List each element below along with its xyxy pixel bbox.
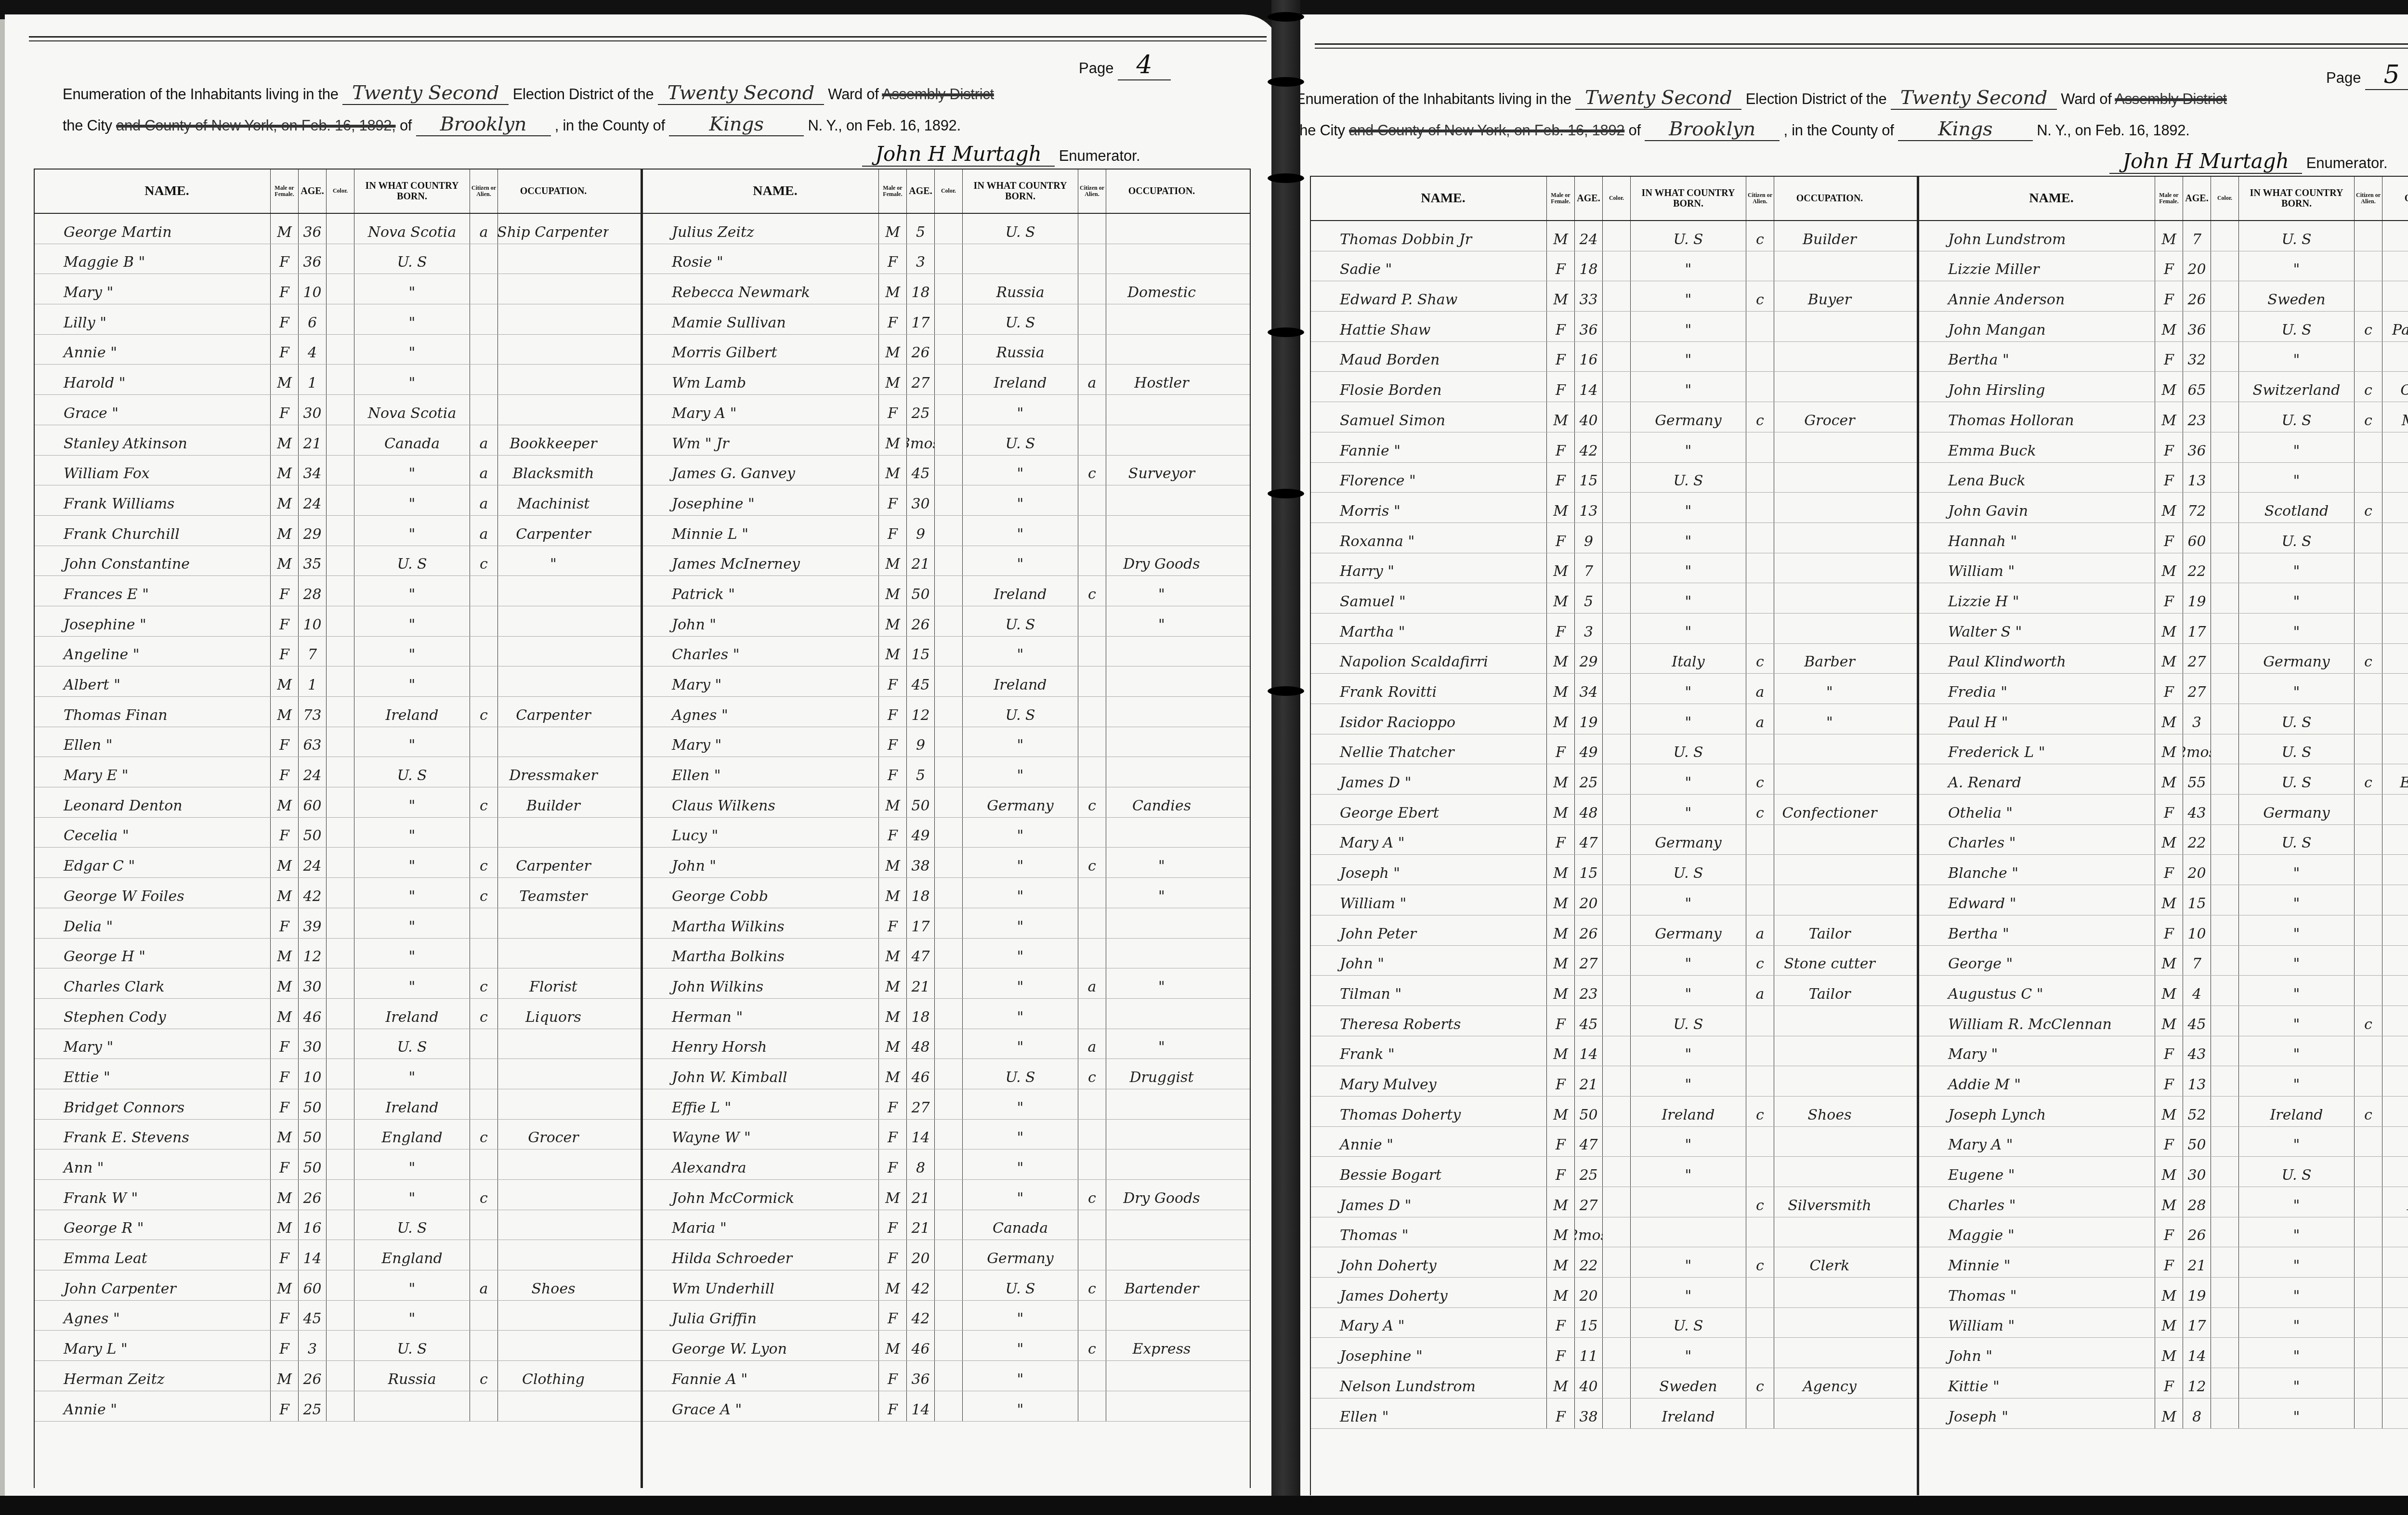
cell-color	[935, 1059, 963, 1089]
cell-age: 40	[1575, 1368, 1603, 1398]
cell-sex: F	[2155, 1127, 2183, 1157]
cell-occ: Clothing	[498, 1361, 609, 1391]
cell-occ	[1106, 637, 1217, 666]
cell-cit: a	[1746, 704, 1774, 734]
table-row: Martha "F3"	[1311, 614, 1918, 644]
cell-occ	[1106, 908, 1217, 938]
cell-cit	[2355, 704, 2382, 734]
table-row: Fredia "F27"	[1919, 674, 2408, 704]
cell-age: 60	[299, 787, 327, 817]
cell-occ	[2382, 553, 2408, 583]
cell-color	[1603, 1097, 1631, 1126]
cell-sex: M	[1547, 976, 1575, 1006]
table-row: Bessie BogartF25"	[1311, 1157, 1918, 1187]
cell-age: 19	[2183, 583, 2211, 613]
cell-age: 27	[907, 1089, 935, 1119]
cell-country: "	[963, 1029, 1078, 1059]
cell-sex: F	[879, 1089, 907, 1119]
cell-occ: Carpenter	[498, 697, 609, 727]
cell-age: 21	[907, 546, 935, 576]
cell-cit	[2355, 251, 2382, 281]
table-row: Ellen "F5"	[643, 757, 1250, 787]
cell-age: 22	[1575, 1247, 1603, 1277]
cell-cit	[1078, 939, 1106, 968]
cell-country: "	[354, 939, 470, 968]
cell-age: 21	[2183, 1247, 2211, 1277]
cell-occ	[498, 395, 609, 425]
cell-name: Frank W "	[35, 1180, 271, 1210]
cell-sex: M	[879, 999, 907, 1029]
cell-age: 45	[1575, 1006, 1603, 1036]
cell-color	[935, 697, 963, 727]
table-row: William "M22"	[1919, 553, 2408, 584]
cell-sex: F	[2155, 523, 2183, 553]
table-block-a: NAME. Male or Female. AGE. Color. IN WHA…	[1310, 176, 1919, 1495]
cell-name: Othelia "	[1919, 795, 2155, 824]
cell-country: "	[963, 1331, 1078, 1360]
header-text: of	[400, 117, 412, 134]
cell-age: 15	[1575, 1308, 1603, 1338]
cell-sex: M	[271, 1210, 299, 1240]
cell-color	[935, 727, 963, 757]
cell-age: 26	[907, 606, 935, 636]
cell-age: 8	[907, 1149, 935, 1179]
binding-stitch	[1268, 489, 1304, 498]
cell-age: 48	[907, 1029, 935, 1059]
cell-name: Martha Bolkins	[643, 939, 879, 968]
table-row: Charles "M22U. SClerk	[1919, 825, 2408, 855]
cell-country: U. S	[2239, 221, 2355, 251]
census-ledger-spread: Page 4 Enumeration of the Inhabitants li…	[0, 0, 2408, 1515]
struck-text: and County of New York, on Feb. 16, 1892…	[116, 117, 396, 134]
cell-cit: a	[1078, 365, 1106, 394]
cell-occ	[1774, 764, 1885, 794]
cell-name: Ann "	[35, 1149, 271, 1179]
cell-age: 65	[2183, 372, 2211, 402]
cell-name: Augustus C "	[1919, 976, 2155, 1006]
cell-sex: M	[2155, 312, 2183, 341]
cell-name: Patrick "	[643, 576, 879, 606]
cell-age: 1	[299, 365, 327, 394]
cell-sex: M	[879, 365, 907, 394]
cell-country: U. S	[2239, 523, 2355, 553]
cell-occ	[498, 244, 609, 274]
cell-color	[935, 939, 963, 968]
cell-age: 21	[907, 1210, 935, 1240]
header-text: Election District of the	[1746, 91, 1887, 107]
cell-name: Roxanna "	[1311, 523, 1547, 553]
cell-occ: Ship Carpenter	[498, 214, 609, 244]
cell-cit	[1746, 342, 1774, 372]
cell-country: "	[354, 456, 470, 485]
cell-age: 10	[299, 274, 327, 304]
cell-age: 45	[907, 666, 935, 696]
cell-country: U. S	[963, 214, 1078, 244]
cell-country: "	[2239, 946, 2355, 976]
cell-cit	[1746, 825, 1774, 855]
cell-cit	[2355, 674, 2382, 704]
cell-sex: M	[879, 274, 907, 304]
cell-sex: F	[2155, 1066, 2183, 1096]
cell-age: 25	[1575, 764, 1603, 794]
cell-occ	[1774, 553, 1885, 583]
cell-sex: M	[271, 666, 299, 696]
cell-sex: F	[271, 1149, 299, 1179]
cell-cit	[1078, 757, 1106, 787]
cell-cit: c	[470, 546, 498, 576]
cell-sex: M	[879, 787, 907, 817]
cell-color	[1603, 1066, 1631, 1096]
cell-occ	[2382, 855, 2408, 885]
cell-age: 3mos	[907, 425, 935, 455]
cell-name: Walter S "	[1919, 614, 2155, 643]
cell-sex: M	[1547, 583, 1575, 613]
cell-occ: "	[1106, 606, 1217, 636]
cell-occ: Carpenter	[2382, 372, 2408, 402]
cell-name: Lucy "	[643, 818, 879, 848]
cell-color	[1603, 553, 1631, 583]
table-row: John ManganM36U. ScPaper cutter	[1919, 312, 2408, 342]
header-text: of	[1629, 122, 1641, 139]
cell-occ	[2382, 976, 2408, 1006]
cell-country: "	[1631, 704, 1746, 734]
table-row: Bertha "F10"	[1919, 915, 2408, 946]
cell-country: "	[354, 1180, 470, 1210]
cell-sex: M	[879, 1029, 907, 1059]
col-name: NAME.	[1919, 177, 2155, 220]
cell-country: "	[2239, 1127, 2355, 1157]
enumerator-signature: John H Murtagh Enumerator.	[862, 142, 1140, 167]
cell-name: John Doherty	[1311, 1247, 1547, 1277]
cell-occ: Paper cutter	[2382, 312, 2408, 341]
cell-cit: c	[470, 1120, 498, 1149]
table-header: NAME. Male or Female. AGE. Color. IN WHA…	[35, 169, 641, 214]
cell-occ	[498, 1029, 609, 1059]
cell-age: 26	[907, 335, 935, 365]
cell-country: "	[963, 456, 1078, 485]
table-body: Julius ZeitzM5U. SRosie "F3Rebecca Newma…	[643, 214, 1250, 1422]
cell-age: 46	[907, 1331, 935, 1360]
cell-country: "	[354, 908, 470, 938]
cell-sex: F	[271, 244, 299, 274]
cell-country: U. S	[1631, 855, 1746, 885]
cell-color	[2211, 946, 2239, 976]
cell-country: "	[963, 908, 1078, 938]
cell-country: "	[963, 637, 1078, 666]
cell-age: 4	[2183, 976, 2211, 1006]
table-row: Stephen CodyM46IrelandcLiquors	[35, 999, 641, 1029]
cell-age: 28	[299, 576, 327, 606]
cell-name: Charles "	[1919, 825, 2155, 855]
cell-country: U. S	[1631, 1308, 1746, 1338]
cell-name: Blanche "	[1919, 855, 2155, 885]
cell-name: Frederick L "	[1919, 734, 2155, 764]
col-citizen: Citizen or Alien.	[1078, 170, 1106, 213]
cell-country: "	[354, 666, 470, 696]
cell-cit	[1746, 1308, 1774, 1338]
cell-age: 12	[907, 697, 935, 727]
cell-country: Germany	[2239, 795, 2355, 824]
cell-color	[1603, 976, 1631, 1006]
cell-name: James McInerney	[643, 546, 879, 576]
cell-sex: F	[879, 1301, 907, 1331]
cell-occ: "	[1106, 968, 1217, 998]
cell-cit	[470, 637, 498, 666]
cell-color	[2211, 795, 2239, 824]
header-rule	[1315, 43, 2408, 49]
cell-occ	[1774, 1338, 1885, 1368]
cell-age: 23	[2183, 402, 2211, 432]
cell-name: Mary Mulvey	[1311, 1066, 1547, 1096]
cell-color	[327, 637, 354, 666]
cell-color	[327, 697, 354, 727]
cell-country	[963, 244, 1078, 274]
cell-sex: F	[1547, 1127, 1575, 1157]
cell-name: Julius Zeitz	[643, 214, 879, 244]
cell-sex: F	[879, 818, 907, 848]
table-row: Hannah "F60U. S	[1919, 523, 2408, 553]
cell-name: Joseph "	[1919, 1398, 2155, 1428]
cell-occ	[1774, 885, 1885, 915]
cell-name: Grace "	[35, 395, 271, 425]
cell-cit	[2355, 1338, 2382, 1368]
cell-occ	[1106, 214, 1217, 244]
cell-name: John Hirsling	[1919, 372, 2155, 402]
cell-age: 34	[299, 456, 327, 485]
cell-occ	[2382, 795, 2408, 824]
cell-color	[935, 1331, 963, 1360]
table-row: Annie AndersonF26Sweden	[1919, 281, 2408, 312]
cell-sex: M	[2155, 1157, 2183, 1187]
cell-cit	[2355, 1247, 2382, 1277]
cell-name: Bessie Bogart	[1311, 1157, 1547, 1187]
cell-color	[2211, 915, 2239, 945]
cell-color	[327, 1331, 354, 1360]
cell-sex: F	[271, 1029, 299, 1059]
table-row: William R. McClennanM45"cCoal	[1919, 1006, 2408, 1036]
cell-sex: M	[1547, 493, 1575, 522]
cell-country: "	[354, 516, 470, 546]
cell-country: U. S	[2239, 312, 2355, 341]
cell-sex: F	[1547, 251, 1575, 281]
cell-name: Mary "	[35, 1029, 271, 1059]
cell-color	[2211, 644, 2239, 674]
cell-name: Bridget Connors	[35, 1089, 271, 1119]
cell-cit	[2355, 915, 2382, 945]
cell-color	[327, 516, 354, 546]
cell-color	[2211, 281, 2239, 311]
table-row: Minnie L "F9"	[643, 516, 1250, 546]
cell-cit	[1078, 546, 1106, 576]
cell-cit: a	[470, 1270, 498, 1300]
cell-sex: F	[271, 727, 299, 757]
cell-age: 18	[907, 274, 935, 304]
cell-name: Rebecca Newmark	[643, 274, 879, 304]
col-sex: Male or Female.	[879, 170, 907, 213]
cell-country: "	[1631, 614, 1746, 643]
cell-color	[2211, 1006, 2239, 1036]
cell-country: "	[354, 878, 470, 908]
table-row: Joseph LynchM52IrelandcButcher	[1919, 1097, 2408, 1127]
cell-country: "	[1631, 312, 1746, 341]
cell-country: "	[354, 727, 470, 757]
cell-name: John Carpenter	[35, 1270, 271, 1300]
cell-country: "	[1631, 251, 1746, 281]
cell-age: 50	[907, 787, 935, 817]
cell-age: 50	[299, 1089, 327, 1119]
cell-cit	[1078, 274, 1106, 304]
cell-sex: M	[2155, 1338, 2183, 1368]
table-row: Maggie B "F36U. S	[35, 244, 641, 274]
cell-color	[1603, 221, 1631, 251]
cell-name: Martha "	[1311, 614, 1547, 643]
cell-sex: M	[879, 848, 907, 877]
cell-country: Nova Scotia	[354, 395, 470, 425]
cell-sex: M	[1547, 281, 1575, 311]
cell-color	[1603, 674, 1631, 704]
cell-cit	[1746, 1036, 1774, 1066]
cell-country: U. S	[354, 1210, 470, 1240]
table-row: Thomas "M19"	[1919, 1278, 2408, 1308]
cell-name: Mary "	[1919, 1036, 2155, 1066]
cell-sex: F	[1547, 463, 1575, 493]
cell-name: Frank Churchill	[35, 516, 271, 546]
table-block-b: NAME. Male or Female. AGE. Color. IN WHA…	[641, 169, 1251, 1488]
cell-country: "	[2239, 463, 2355, 493]
col-occupation: OCCUPATION.	[498, 170, 609, 213]
table-row: A. RenardM55U. ScEmbalmer	[1919, 764, 2408, 795]
cell-name: Paul Klindworth	[1919, 644, 2155, 674]
cell-sex: M	[2155, 1006, 2183, 1036]
cell-color	[935, 304, 963, 334]
cell-name: John "	[1919, 1338, 2155, 1368]
table-row: Josephine "F10"	[35, 606, 641, 637]
cell-sex: F	[879, 757, 907, 787]
cell-cit	[470, 274, 498, 304]
cell-occ	[2382, 614, 2408, 643]
table-row: Isidor RacioppoM19"a"	[1311, 704, 1918, 734]
cell-name: Effie L "	[643, 1089, 879, 1119]
cell-color	[327, 606, 354, 636]
cell-color	[327, 365, 354, 394]
cell-occ	[2382, 583, 2408, 613]
cell-sex: M	[2155, 221, 2183, 251]
cell-cit	[1746, 614, 1774, 643]
cell-color	[935, 274, 963, 304]
cell-color	[1603, 1368, 1631, 1398]
cell-age: 50	[299, 1120, 327, 1149]
cell-occ	[1106, 666, 1217, 696]
cell-occ	[1774, 855, 1885, 885]
cell-sex: F	[879, 1361, 907, 1391]
cell-occ	[498, 606, 609, 636]
cell-cit	[470, 1089, 498, 1119]
cell-color	[1603, 583, 1631, 613]
cell-occ	[2382, 674, 2408, 704]
cell-name: Charles Clark	[35, 968, 271, 998]
cell-name: William "	[1919, 553, 2155, 583]
cell-name: Sadie "	[1311, 251, 1547, 281]
cell-name: Delia "	[35, 908, 271, 938]
cell-cit	[2355, 1398, 2382, 1428]
cell-country: Germany	[1631, 915, 1746, 945]
table-row: Mary A "F25"	[643, 395, 1250, 425]
cell-cit	[1746, 1127, 1774, 1157]
cell-age: 10	[299, 1059, 327, 1089]
cell-sex: F	[271, 576, 299, 606]
page-number: Page 5	[2326, 60, 2408, 90]
cell-cit	[470, 1059, 498, 1089]
cell-age: 27	[1575, 1187, 1603, 1217]
cell-name: John "	[643, 848, 879, 877]
cell-name: Mary L "	[35, 1331, 271, 1360]
cell-sex: M	[2155, 825, 2183, 855]
cell-cit: c	[2355, 1006, 2382, 1036]
cell-name: Henry Horsh	[643, 1029, 879, 1059]
cell-name: Agnes "	[35, 1301, 271, 1331]
cell-color	[327, 908, 354, 938]
col-citizen: Citizen or Alien.	[470, 170, 498, 213]
cell-color	[935, 214, 963, 244]
cell-age: 45	[299, 1301, 327, 1331]
cell-name: Hannah "	[1919, 523, 2155, 553]
cell-country: "	[2239, 1398, 2355, 1428]
cell-name: Herman "	[643, 999, 879, 1029]
cell-cit	[1746, 432, 1774, 462]
cell-occ: Hostler	[1106, 365, 1217, 394]
cell-cit	[1746, 251, 1774, 281]
cell-color	[935, 456, 963, 485]
cell-color	[2211, 523, 2239, 553]
table-row: Mamie SullivanF17U. S	[643, 304, 1250, 335]
cell-color	[2211, 825, 2239, 855]
cell-sex: F	[1547, 1157, 1575, 1187]
col-color: Color.	[1603, 177, 1631, 220]
cell-country: Germany	[963, 787, 1078, 817]
cell-color	[327, 999, 354, 1029]
cell-color	[935, 848, 963, 877]
table-row: Herman "M18"	[643, 999, 1250, 1029]
cell-cit	[2355, 946, 2382, 976]
cell-age: 17	[2183, 614, 2211, 643]
cell-name: Isidor Racioppo	[1311, 704, 1547, 734]
cell-country: Ireland	[354, 1089, 470, 1119]
cell-name: Flosie Borden	[1311, 372, 1547, 402]
cell-age: 14	[1575, 372, 1603, 402]
cell-age: 23	[1575, 976, 1603, 1006]
cell-age: 30	[2183, 1157, 2211, 1187]
cell-occ	[498, 1149, 609, 1179]
cell-occ	[1774, 251, 1885, 281]
cell-sex: F	[1547, 734, 1575, 764]
cell-occ: Grocer	[498, 1120, 609, 1149]
cell-country: "	[1631, 342, 1746, 372]
cell-name: Charles "	[1919, 1187, 2155, 1217]
cell-sex: M	[2155, 885, 2183, 915]
cell-country: "	[963, 939, 1078, 968]
cell-age: 36	[2183, 312, 2211, 341]
scan-bottom-edge	[0, 1496, 2408, 1515]
cell-sex: M	[2155, 734, 2183, 764]
cell-age: 34	[1575, 674, 1603, 704]
cell-country: "	[1631, 493, 1746, 522]
cell-country: "	[963, 1391, 1078, 1421]
table-row: Walter S "M17"	[1919, 614, 2408, 644]
cell-occ	[1774, 583, 1885, 613]
cell-cit: a	[470, 485, 498, 515]
cell-color	[935, 908, 963, 938]
cell-color	[935, 878, 963, 908]
